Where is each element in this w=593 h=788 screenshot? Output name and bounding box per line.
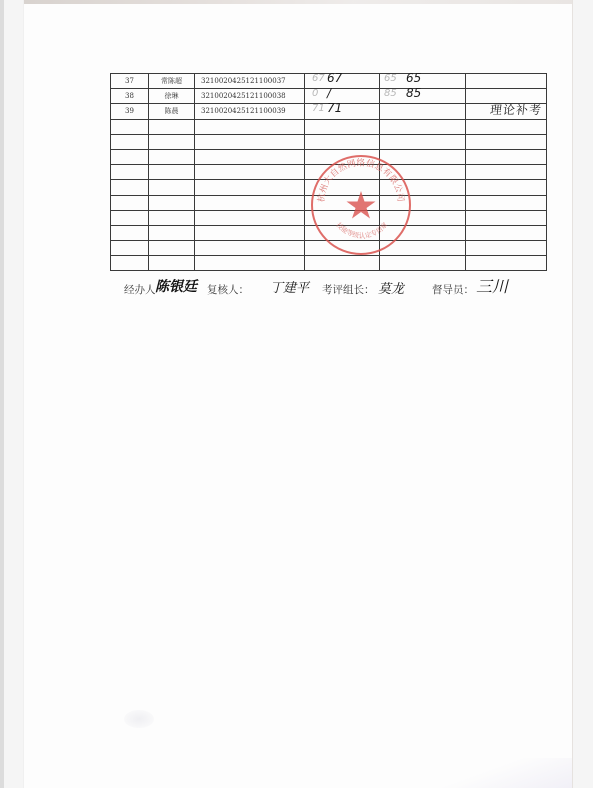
score-1-printed: 71 bbox=[312, 103, 325, 114]
empty-cell bbox=[149, 210, 195, 225]
empty-table-row bbox=[111, 210, 547, 225]
empty-cell bbox=[195, 256, 305, 271]
empty-cell bbox=[111, 119, 149, 134]
empty-table-row bbox=[111, 134, 547, 149]
empty-cell bbox=[305, 180, 380, 195]
empty-cell bbox=[305, 119, 380, 134]
row-number: 38 bbox=[111, 89, 149, 104]
empty-cell bbox=[149, 149, 195, 164]
page-corner-shade bbox=[432, 758, 572, 788]
score-2-cell: 8585 bbox=[380, 89, 466, 104]
scan-smudge bbox=[124, 710, 154, 728]
score-1-printed: 67 bbox=[312, 73, 325, 84]
group-leader-label: 考评组长： bbox=[322, 282, 375, 297]
empty-cell bbox=[466, 256, 547, 271]
empty-cell bbox=[380, 225, 466, 240]
empty-cell bbox=[380, 165, 466, 180]
scanned-page: 37常陈超32100204251211000376767656538徐琳3210… bbox=[23, 0, 573, 788]
empty-table-row bbox=[111, 256, 547, 271]
empty-cell bbox=[195, 119, 305, 134]
empty-cell bbox=[111, 256, 149, 271]
score-1-handwritten: 71 bbox=[327, 101, 342, 115]
document-viewer: 37常陈超32100204251211000376767656538徐琳3210… bbox=[0, 0, 593, 788]
empty-cell bbox=[195, 195, 305, 210]
empty-cell bbox=[111, 149, 149, 164]
score-1-printed: 0 bbox=[312, 88, 318, 99]
supervisor-label: 督导员： bbox=[432, 282, 474, 297]
empty-cell bbox=[111, 165, 149, 180]
empty-table-row bbox=[111, 165, 547, 180]
empty-cell bbox=[195, 180, 305, 195]
empty-cell bbox=[466, 134, 547, 149]
empty-cell bbox=[149, 225, 195, 240]
score-1-handwritten: 67 bbox=[327, 71, 342, 85]
candidate-name: 徐琳 bbox=[149, 89, 195, 104]
empty-table-row bbox=[111, 225, 547, 240]
handler-label: 经办人 bbox=[124, 282, 156, 297]
empty-cell bbox=[305, 149, 380, 164]
score-2-printed: 65 bbox=[384, 73, 397, 84]
empty-cell bbox=[111, 180, 149, 195]
empty-cell bbox=[380, 256, 466, 271]
empty-cell bbox=[380, 119, 466, 134]
score-1-cell: 7171 bbox=[305, 104, 380, 119]
empty-cell bbox=[305, 241, 380, 256]
candidate-name: 陈晨 bbox=[149, 104, 195, 119]
empty-cell bbox=[466, 241, 547, 256]
empty-cell bbox=[466, 180, 547, 195]
empty-cell bbox=[111, 225, 149, 240]
empty-table-row bbox=[111, 195, 547, 210]
reviewer-label: 复核人： bbox=[207, 282, 249, 297]
empty-cell bbox=[380, 241, 466, 256]
score-table: 37常陈超32100204251211000376767656538徐琳3210… bbox=[110, 73, 547, 271]
empty-cell bbox=[380, 134, 466, 149]
certificate-id: 3210020425121100039 bbox=[195, 104, 305, 119]
empty-cell bbox=[149, 119, 195, 134]
empty-cell bbox=[466, 149, 547, 164]
empty-cell bbox=[466, 165, 547, 180]
remark-cell bbox=[466, 74, 547, 89]
empty-table-row bbox=[111, 180, 547, 195]
empty-cell bbox=[195, 210, 305, 225]
empty-cell bbox=[305, 134, 380, 149]
score-2-handwritten: 85 bbox=[406, 86, 421, 100]
row-number: 37 bbox=[111, 74, 149, 89]
empty-cell bbox=[305, 165, 380, 180]
empty-cell bbox=[305, 225, 380, 240]
empty-cell bbox=[195, 241, 305, 256]
viewer-left-edge bbox=[0, 0, 4, 788]
empty-cell bbox=[111, 195, 149, 210]
empty-cell bbox=[149, 165, 195, 180]
empty-cell bbox=[111, 210, 149, 225]
empty-cell bbox=[466, 225, 547, 240]
row-number: 39 bbox=[111, 104, 149, 119]
group-leader-signature: 莫龙 bbox=[378, 278, 404, 297]
empty-table-row bbox=[111, 119, 547, 134]
empty-cell bbox=[149, 134, 195, 149]
certificate-id: 3210020425121100037 bbox=[195, 74, 305, 89]
empty-cell bbox=[149, 180, 195, 195]
empty-cell bbox=[466, 195, 547, 210]
score-2-printed: 85 bbox=[384, 88, 397, 99]
empty-cell bbox=[380, 180, 466, 195]
table-row: 39陈晨32100204251211000397171理论补考 bbox=[111, 104, 547, 119]
candidate-name: 常陈超 bbox=[149, 74, 195, 89]
empty-cell bbox=[380, 210, 466, 225]
reviewer-signature: 丁建平 bbox=[270, 277, 309, 296]
empty-cell bbox=[380, 149, 466, 164]
score-1-cell: 6767 bbox=[305, 74, 380, 89]
empty-table-row bbox=[111, 241, 547, 256]
empty-cell bbox=[149, 256, 195, 271]
score-1-handwritten: / bbox=[327, 86, 331, 100]
page-scan-edge bbox=[24, 0, 572, 4]
empty-cell bbox=[111, 241, 149, 256]
score-2-cell bbox=[380, 104, 466, 119]
empty-cell bbox=[195, 225, 305, 240]
empty-cell bbox=[305, 195, 380, 210]
empty-cell bbox=[466, 210, 547, 225]
empty-cell bbox=[195, 165, 305, 180]
empty-cell bbox=[195, 134, 305, 149]
supervisor-signature: 三川 bbox=[476, 274, 508, 297]
handler-signature: 陈银廷 bbox=[155, 276, 197, 296]
remark-cell: 理论补考 bbox=[466, 104, 547, 119]
empty-cell bbox=[305, 256, 380, 271]
empty-cell bbox=[149, 241, 195, 256]
remark-handwritten: 理论补考 bbox=[489, 101, 543, 118]
empty-cell bbox=[149, 195, 195, 210]
empty-cell bbox=[305, 210, 380, 225]
signature-line: 经办人 陈银廷 复核人： 丁建平 考评组长： 莫龙 督导员： 三川 bbox=[124, 276, 544, 306]
empty-cell bbox=[466, 119, 547, 134]
empty-cell bbox=[380, 195, 466, 210]
certificate-id: 3210020425121100038 bbox=[195, 89, 305, 104]
score-2-cell: 6565 bbox=[380, 74, 466, 89]
empty-cell bbox=[111, 134, 149, 149]
empty-table-row bbox=[111, 149, 547, 164]
empty-cell bbox=[195, 149, 305, 164]
score-2-handwritten: 65 bbox=[406, 71, 421, 85]
